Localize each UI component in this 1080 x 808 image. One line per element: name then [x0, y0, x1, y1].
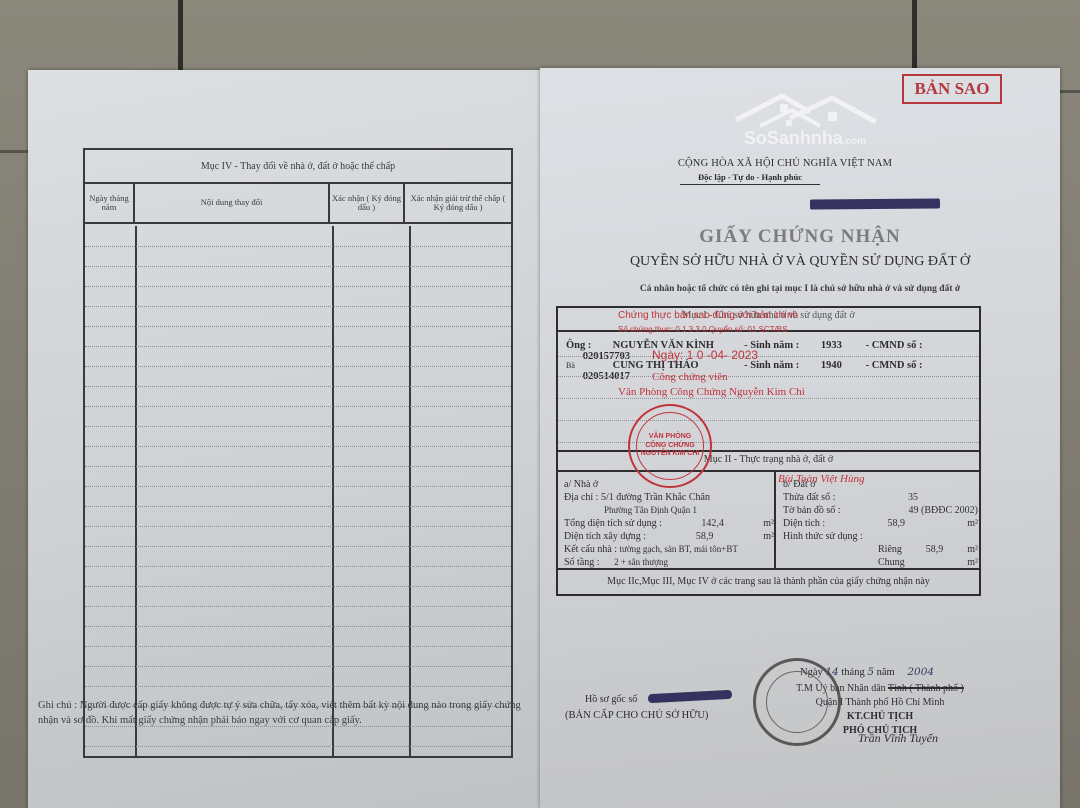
table-row — [85, 686, 511, 687]
changes-table-title: Mục IV - Thay đổi về nhà ở, đất ở hoặc t… — [85, 150, 511, 184]
dotted-line — [558, 398, 979, 399]
table-row — [85, 526, 511, 527]
table-row — [85, 586, 511, 587]
tile-gap — [178, 0, 183, 75]
table-row — [85, 446, 511, 447]
dotted-line — [558, 376, 979, 377]
left-page: Mục IV - Thay đổi về nhà ở, đất ở hoặc t… — [28, 70, 540, 808]
changes-table-body — [85, 226, 511, 756]
private-area: 58,9 — [926, 543, 944, 556]
owner-birth-year: 1940 — [802, 360, 842, 371]
table-row — [85, 326, 511, 327]
table-row — [85, 646, 511, 647]
certificate-description: Cá nhân hoặc tổ chức có tên ghi tại mục … — [560, 284, 1040, 294]
table-row — [85, 566, 511, 567]
structure: tường gạch, sàn BT, mái tôn+BT — [620, 544, 738, 554]
total-area: 142,4 — [701, 517, 724, 530]
notary-stamp: VĂN PHÒNG CÔNG CHỨNG NGUYỄN KIM CHI — [628, 404, 712, 488]
owner-copy-label: (BẢN CẤP CHO CHỦ SỞ HỮU) — [565, 710, 708, 721]
file-number-label: Hồ sơ gốc số — [585, 694, 637, 705]
changes-table: Mục IV - Thay đổi về nhà ở, đất ở hoặc t… — [83, 148, 513, 758]
government-seal — [753, 658, 841, 746]
house-ward: Phường Tân Định Quận 1 — [564, 504, 774, 517]
redaction-mark — [648, 690, 732, 703]
notary-line1: Chứng thực bản sao đúng với bản chính — [618, 310, 798, 321]
table-row — [85, 306, 511, 307]
notary-number: Số chứng thực: 0 1 3 3 0 Quyển số: 01 SC… — [618, 325, 787, 334]
house-info: a/ Nhà ở Địa chỉ : 5/1 đường Trần Khắc C… — [564, 478, 774, 569]
nation-header: CỘNG HÒA XÃ HỘI CHỦ NGHĨA VIỆT NAM — [620, 158, 950, 169]
notary-signature: Bùi Toàn Việt Hùng — [778, 473, 864, 485]
owner-row: Bà CUNG THỊ THẢO - Sinh năm : 1940 - CMN… — [558, 360, 979, 382]
right-page: BẢN SAO SoSanhnha.com CỘNG HÒA XÃ HỘI CH… — [540, 68, 1060, 808]
certificate-title: GIẤY CHỨNG NHẬN — [540, 226, 1060, 248]
redaction-mark — [810, 198, 940, 209]
copy-stamp: BẢN SAO — [902, 74, 1002, 104]
house-address: 5/1 đường Trần Khắc Chân — [601, 492, 710, 503]
table-row — [85, 746, 511, 747]
col-content: Nội dung thay đổi — [135, 184, 330, 222]
notary-date: Ngày: 1 0 -04- 2023 — [652, 348, 758, 362]
table-row — [85, 246, 511, 247]
dotted-line — [558, 442, 979, 443]
official-signature: Trần Vĩnh Tuyến — [858, 731, 938, 746]
col-confirm: Xác nhận ( Ký đóng dấu ) — [330, 184, 405, 222]
divider — [558, 470, 979, 472]
watermark-text: SoSanhnha.com — [730, 128, 880, 149]
built-area: 58,9 — [696, 530, 714, 543]
owner-row: Ông : NGUYỄN VĂN KÌNH - Sinh năm : 1933 … — [558, 340, 979, 362]
owner-birth-year: 1933 — [802, 340, 842, 351]
certificate-subtitle: QUYỀN SỞ HỮU NHÀ Ở VÀ QUYỀN SỬ DỤNG ĐẤT … — [540, 254, 1060, 270]
dotted-line — [558, 356, 979, 357]
tile-gap — [0, 150, 30, 153]
table-row — [85, 386, 511, 387]
notary-office: Văn Phòng Công Chứng Nguyễn Kim Chi — [618, 386, 805, 398]
table-row — [85, 546, 511, 547]
section2-title: Mục II - Thực trạng nhà ở, đất ở — [558, 454, 979, 465]
table-row — [85, 506, 511, 507]
col-date: Ngày tháng năm — [85, 184, 135, 222]
note-text: Ghi chú : Người được cấp giấy không được… — [38, 698, 533, 728]
table-row — [85, 406, 511, 407]
parcel-number: 35 — [908, 491, 978, 504]
table-row — [85, 426, 511, 427]
tile-gap — [1058, 90, 1080, 93]
dotted-line — [558, 420, 979, 421]
watermark-logo: SoSanhnha.com — [730, 90, 880, 160]
map-number: 49 (BĐĐC 2002) — [909, 504, 978, 517]
table-row — [85, 666, 511, 667]
floors: 2 + sân thượng — [602, 557, 668, 567]
house-icon — [730, 90, 880, 132]
table-row — [85, 346, 511, 347]
table-row — [85, 286, 511, 287]
divider — [558, 450, 979, 452]
owner-property-box: Mục I - Chủ sở hữu nhà ở và sử dụng đất … — [556, 306, 981, 596]
table-row — [85, 466, 511, 467]
table-row — [85, 266, 511, 267]
box-footer-note: Mục IIc,Mục III, Mục IV ở các trang sau … — [558, 568, 979, 594]
land-info: b/ Đất ở Thửa đất số :35 Tờ bản đồ số :4… — [783, 478, 978, 569]
table-row — [85, 366, 511, 367]
notary-role: Công chứng viên — [652, 371, 728, 383]
tile-gap — [912, 0, 917, 72]
changes-table-header: Ngày tháng năm Nội dung thay đổi Xác nhậ… — [85, 184, 511, 224]
column-divider — [774, 472, 776, 568]
land-area: 58,9 — [887, 517, 905, 530]
table-row — [85, 606, 511, 607]
col-release: Xác nhận giải trừ thế chấp ( Ký đóng dấu… — [405, 184, 511, 222]
table-row — [85, 486, 511, 487]
motto: Độc lập - Tự do - Hạnh phúc — [680, 172, 820, 185]
table-row — [85, 626, 511, 627]
